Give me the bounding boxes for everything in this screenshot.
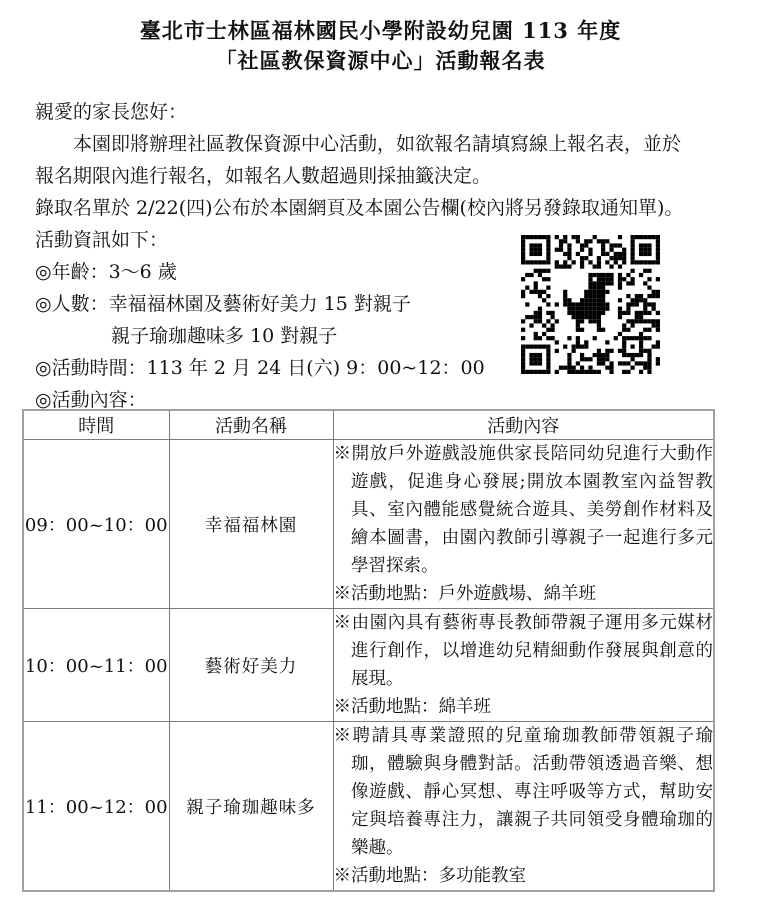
row1-content-main: ※開放戶外遊戲設施供家長陪同幼兒進行大動作遊戲，促進身心發展;開放本園教室內益智… xyxy=(334,440,714,580)
row1-name: 幸福福林園 xyxy=(169,440,333,609)
table-row: 10：00~11：00 藝術好美力 ※由園內具有藝術專長教師帶親子運用多元媒材進… xyxy=(23,609,714,722)
row2-time: 10：00~11：00 xyxy=(23,609,169,722)
greeting: 親愛的家長您好： xyxy=(35,96,735,128)
row3-time: 11：00~12：00 xyxy=(23,722,169,892)
intro-paragraph-line1: 本園即將辦理社區教保資源中心活動，如欲報名請填寫線上報名表，並於 xyxy=(35,128,735,160)
row2-content: ※由園內具有藝術專長教師帶親子運用多元媒材進行創作，以增進幼兒精細動作發展與創意… xyxy=(333,609,714,722)
header-activity-content: 活動內容 xyxy=(333,410,714,440)
row3-content: ※聘請具專業證照的兒童瑜珈教師帶領親子瑜珈，體驗與身體對話。活動帶領透過音樂、想… xyxy=(333,722,714,892)
table-header-row: 時間 活動名稱 活動內容 xyxy=(23,410,714,440)
document-page: 臺北市士林區福林國民小學附設幼兒園 113 年度 「社區教保資源中心」活動報名表… xyxy=(0,0,761,914)
document-title: 臺北市士林區福林國民小學附設幼兒園 113 年度 「社區教保資源中心」活動報名表 xyxy=(0,0,761,76)
row3-name: 親子瑜珈趣味多 xyxy=(169,722,333,892)
intro-paragraph-line2: 報名期限內進行報名，如報名人數超過則採抽籤決定。 xyxy=(35,160,735,192)
row3-content-main: ※聘請具專業證照的兒童瑜珈教師帶領親子瑜珈，體驗與身體對話。活動帶領透過音樂、想… xyxy=(334,722,714,862)
table-row: 09：00~10：00 幸福福林園 ※開放戶外遊戲設施供家長陪同幼兒進行大動作遊… xyxy=(23,440,714,609)
row2-name: 藝術好美力 xyxy=(169,609,333,722)
activity-table: 時間 活動名稱 活動內容 09：00~10：00 幸福福林園 ※開放戶外遊戲設施… xyxy=(22,409,715,892)
announcement: 錄取名單於 2/22(四)公布於本園網頁及本園公告欄(校內將另發錄取通知單)。 xyxy=(35,192,735,224)
row1-content: ※開放戶外遊戲設施供家長陪同幼兒進行大動作遊戲，促進身心發展;開放本園教室內益智… xyxy=(333,440,714,609)
table-row: 11：00~12：00 親子瑜珈趣味多 ※聘請具專業證照的兒童瑜珈教師帶領親子瑜… xyxy=(23,722,714,892)
row2-content-location: ※活動地點：綿羊班 xyxy=(334,693,714,721)
row3-content-location: ※活動地點：多功能教室 xyxy=(334,862,714,890)
header-activity-name: 活動名稱 xyxy=(169,410,333,440)
row1-time: 09：00~10：00 xyxy=(23,440,169,609)
document-title-line1: 臺北市士林區福林國民小學附設幼兒園 113 年度 xyxy=(0,16,761,46)
qr-code-icon xyxy=(521,235,660,374)
header-time: 時間 xyxy=(23,410,169,440)
document-title-line2: 「社區教保資源中心」活動報名表 xyxy=(0,46,761,76)
row1-content-location: ※活動地點：戶外遊戲場、綿羊班 xyxy=(334,580,714,608)
row2-content-main: ※由園內具有藝術專長教師帶親子運用多元媒材進行創作，以增進幼兒精細動作發展與創意… xyxy=(334,609,714,693)
